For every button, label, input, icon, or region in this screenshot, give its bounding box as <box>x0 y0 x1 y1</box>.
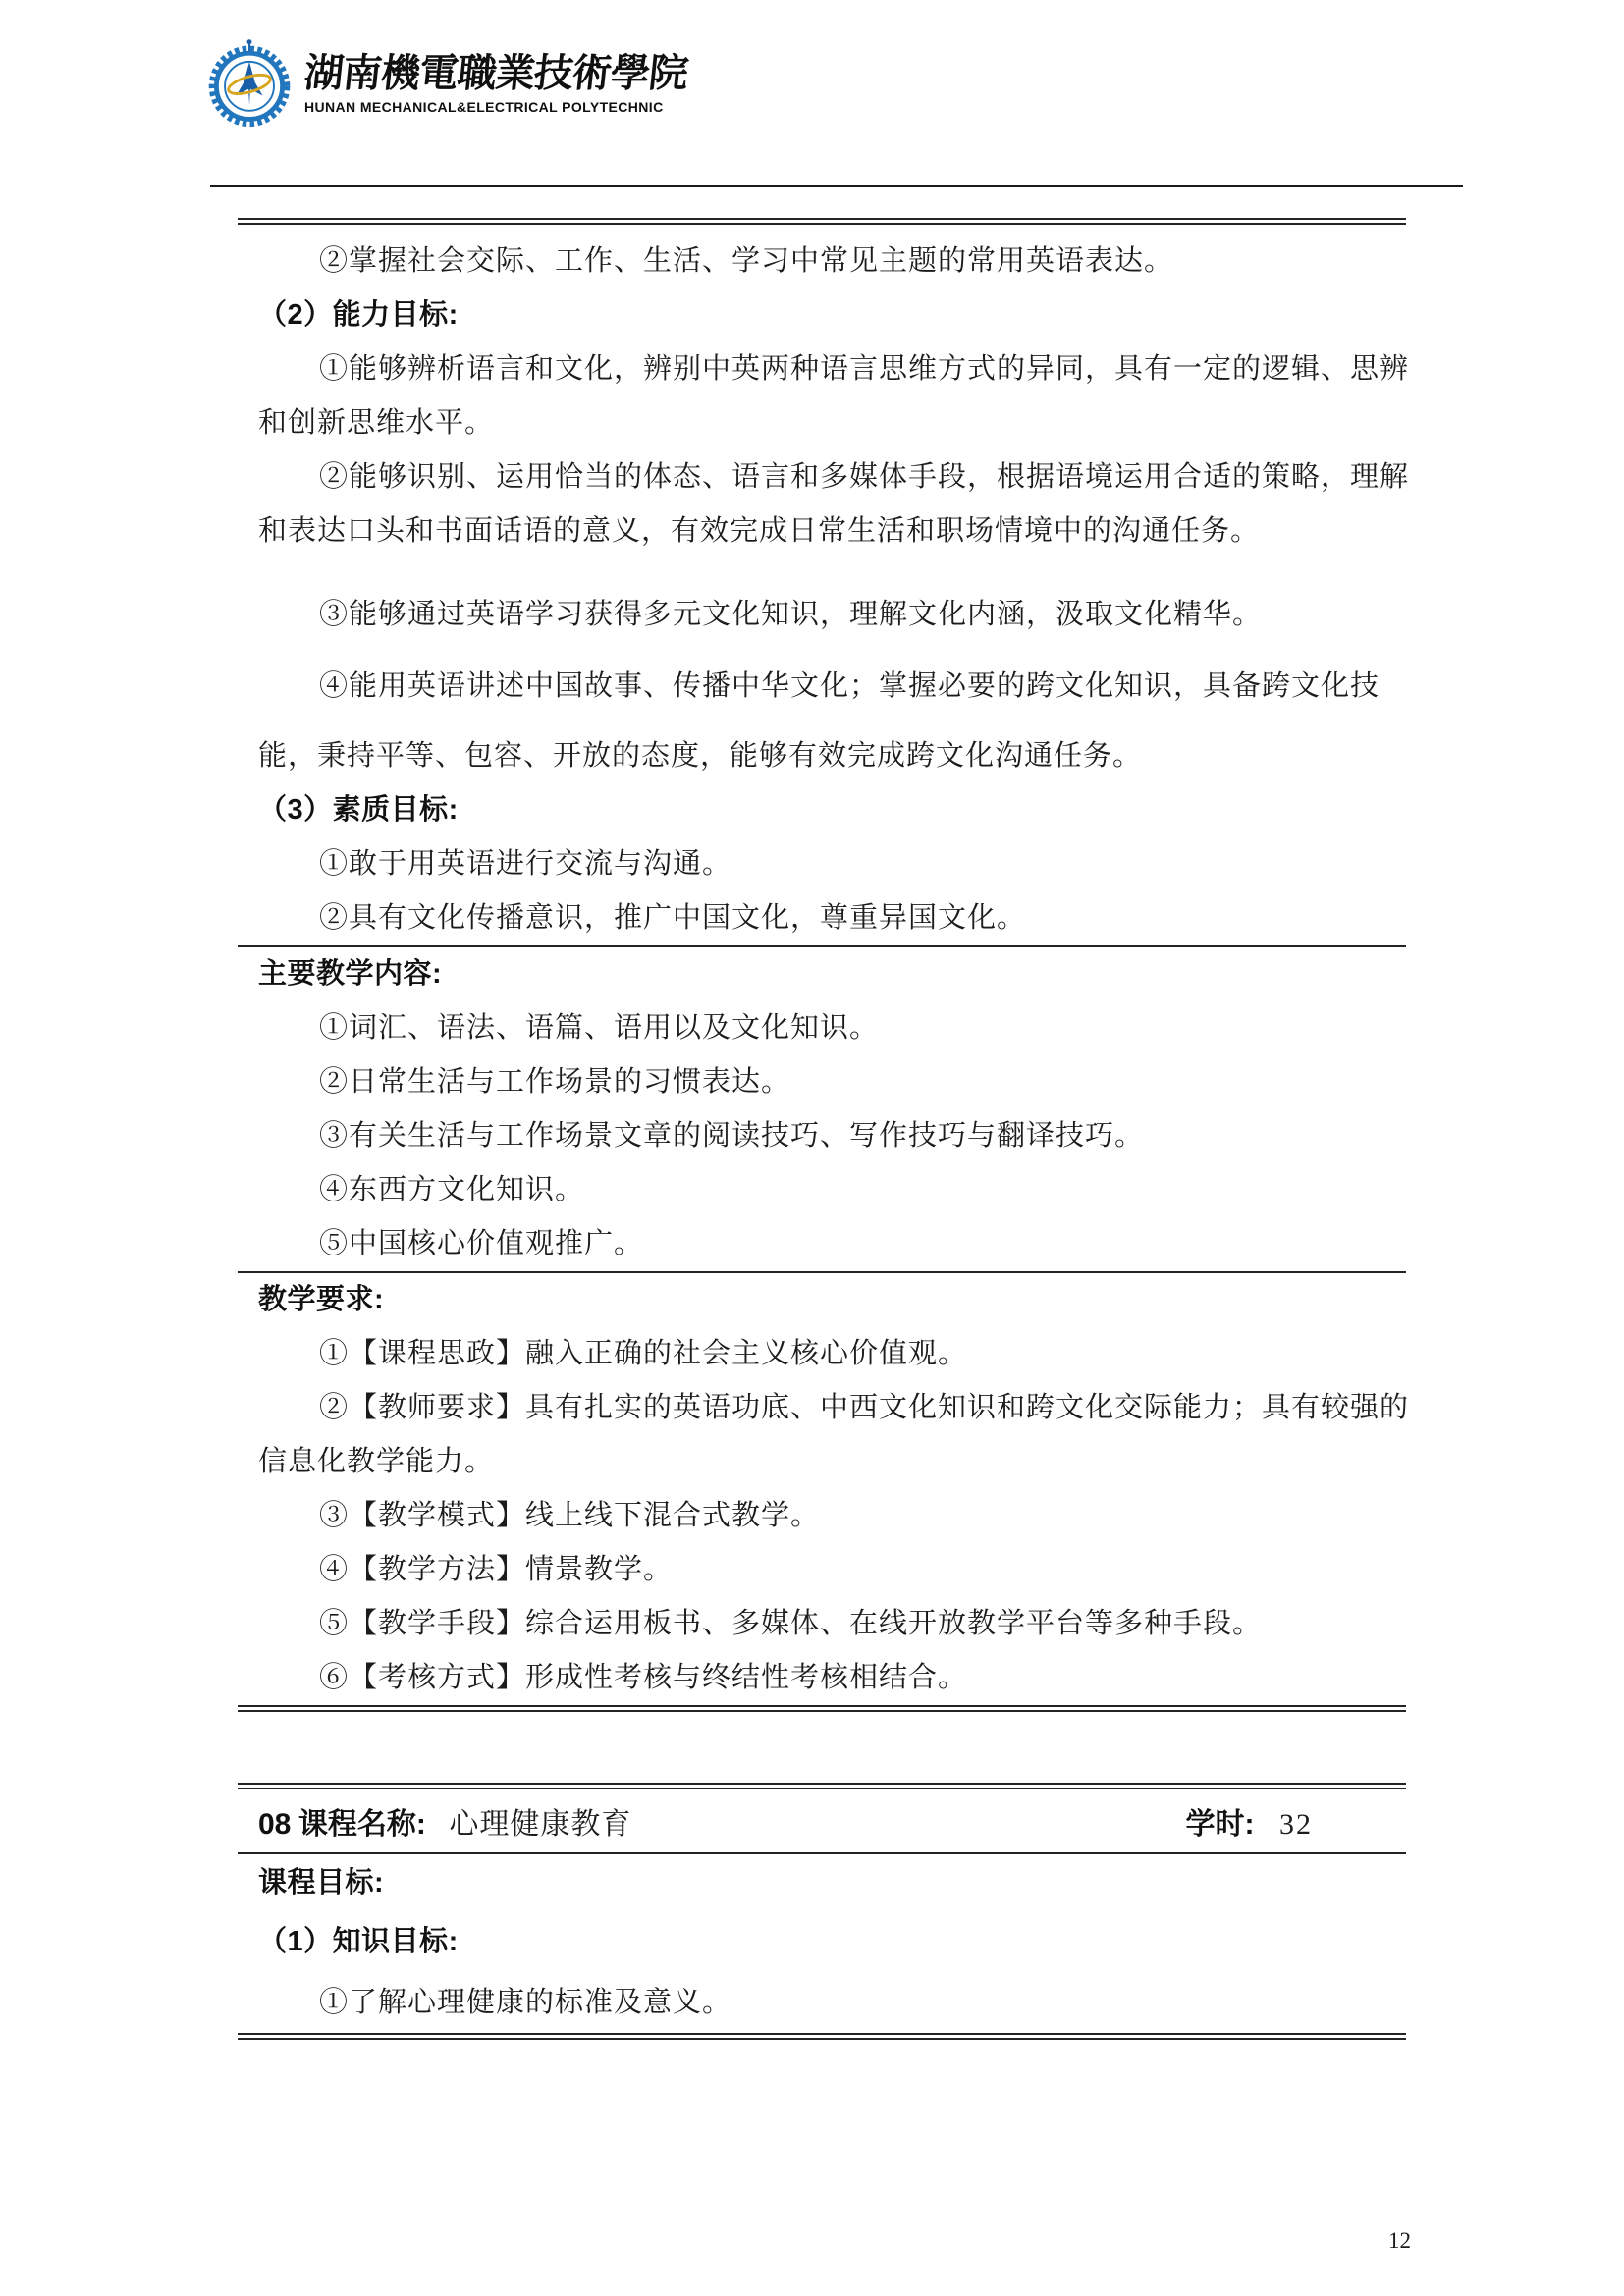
paragraph-line: ②掌握社会交际、工作、生活、学习中常见主题的常用英语表达。 <box>238 235 1406 289</box>
paragraph-line: ⑤【教学手段】综合运用板书、多媒体、在线开放教学平台等多种手段。 <box>238 1597 1406 1651</box>
school-name-block: 湖南機電職業技術學院 HUNAN MECHANICAL&ELECTRICAL P… <box>304 51 687 115</box>
paragraph-line: ④【教学方法】情景教学。 <box>238 1543 1406 1597</box>
paragraph-line: ②具有文化传播意识，推广中国文化，尊重异国文化。 <box>238 891 1406 945</box>
school-name-chinese: 湖南機電職業技術學院 <box>302 51 690 96</box>
paragraph-line: ⑥【考核方式】形成性考核与终结性考核相结合。 <box>238 1651 1406 1705</box>
course-title-row: 08 课程名称: 心理健康教育 学时: 32 <box>238 1789 1406 1852</box>
paragraph-line: ③有关生活与工作场景文章的阅读技巧、写作技巧与翻译技巧。 <box>238 1109 1406 1163</box>
paragraph-line: ①词汇、语法、语篇、语用以及文化知识。 <box>238 1001 1406 1055</box>
heading-quality-objectives: （3）素质目标: <box>238 783 1406 837</box>
paragraph-line: ③能够通过英语学习获得多元文化知识，理解文化内涵，汲取文化精华。 <box>238 588 1406 642</box>
paragraph-line: ①能够辨析语言和文化，辨别中英两种语言思维方式的异同，具有一定的逻辑、思辨 <box>238 343 1406 397</box>
paragraph-line: ⑤中国核心价值观推广。 <box>238 1217 1406 1271</box>
paragraph-line: ④能用英语讲述中国故事、传播中华文化；掌握必要的跨文化知识，具备跨文化技 <box>238 660 1406 714</box>
table-bottom-border <box>238 2033 1406 2040</box>
heading-course-goals: 课程目标: <box>238 1854 1406 1911</box>
course-title: 08 课程名称: 心理健康教育 <box>258 1799 631 1842</box>
table-bottom-border <box>238 1705 1406 1712</box>
course-code: 08 <box>258 1808 291 1841</box>
header-rule <box>210 185 1463 187</box>
course-name-label: 课程名称: <box>298 1808 426 1841</box>
paragraph-line: 和表达口头和书面话语的意义，有效完成日常生活和职场情境中的沟通任务。 <box>238 505 1406 559</box>
paragraph-line: 和创新思维水平。 <box>238 397 1406 451</box>
heading-teaching-requirements: 教学要求: <box>238 1273 1406 1327</box>
paragraph-line: 能，秉持平等、包容、开放的态度，能够有效完成跨文化沟通任务。 <box>238 729 1406 783</box>
heading-ability-objectives: （2）能力目标: <box>238 289 1406 343</box>
paragraph-line: ②能够识别、运用恰当的体态、语言和多媒体手段，根据语境运用合适的策略，理解 <box>238 451 1406 505</box>
heading-knowledge-objectives: （1）知识目标: <box>238 1911 1406 1972</box>
paragraph-line: ①【课程思政】融入正确的社会主义核心价值观。 <box>238 1327 1406 1381</box>
heading-teaching-content: 主要教学内容: <box>238 947 1406 1001</box>
course-hours: 学时: 32 <box>1186 1799 1314 1842</box>
paragraph-line: ③【教学模式】线上线下混合式教学。 <box>238 1489 1406 1543</box>
hours-value: 32 <box>1279 1808 1313 1841</box>
school-emblem-icon <box>204 35 295 130</box>
paragraph-line: ④东西方文化知识。 <box>238 1163 1406 1217</box>
paragraph-line: ①敢于用英语进行交流与沟通。 <box>238 837 1406 891</box>
table-top-border <box>238 1783 1406 1789</box>
paragraph-line: 信息化教学能力。 <box>238 1435 1406 1489</box>
document-page: 湖南機電職業技術學院 HUNAN MECHANICAL&ELECTRICAL P… <box>0 0 1624 2296</box>
course-english-section: ②掌握社会交际、工作、生活、学习中常见主题的常用英语表达。 （2）能力目标: ①… <box>238 218 1406 1712</box>
hours-label: 学时: <box>1186 1808 1255 1841</box>
course-psych-section: 08 课程名称: 心理健康教育 学时: 32 课程目标: （1）知识目标: ①了… <box>238 1783 1406 2040</box>
page-number: 12 <box>1388 2228 1411 2254</box>
paragraph-line: ②【教师要求】具有扎实的英语功底、中西文化知识和跨文化交际能力；具有较强的 <box>238 1381 1406 1435</box>
school-logo: 湖南機電職業技術學院 HUNAN MECHANICAL&ELECTRICAL P… <box>204 35 687 130</box>
table-top-border <box>238 218 1406 225</box>
school-name-english: HUNAN MECHANICAL&ELECTRICAL POLYTECHNIC <box>304 99 687 115</box>
course-name: 心理健康教育 <box>449 1808 631 1841</box>
paragraph-line: ①了解心理健康的标准及意义。 <box>238 1972 1406 2033</box>
paragraph-line: ②日常生活与工作场景的习惯表达。 <box>238 1055 1406 1109</box>
